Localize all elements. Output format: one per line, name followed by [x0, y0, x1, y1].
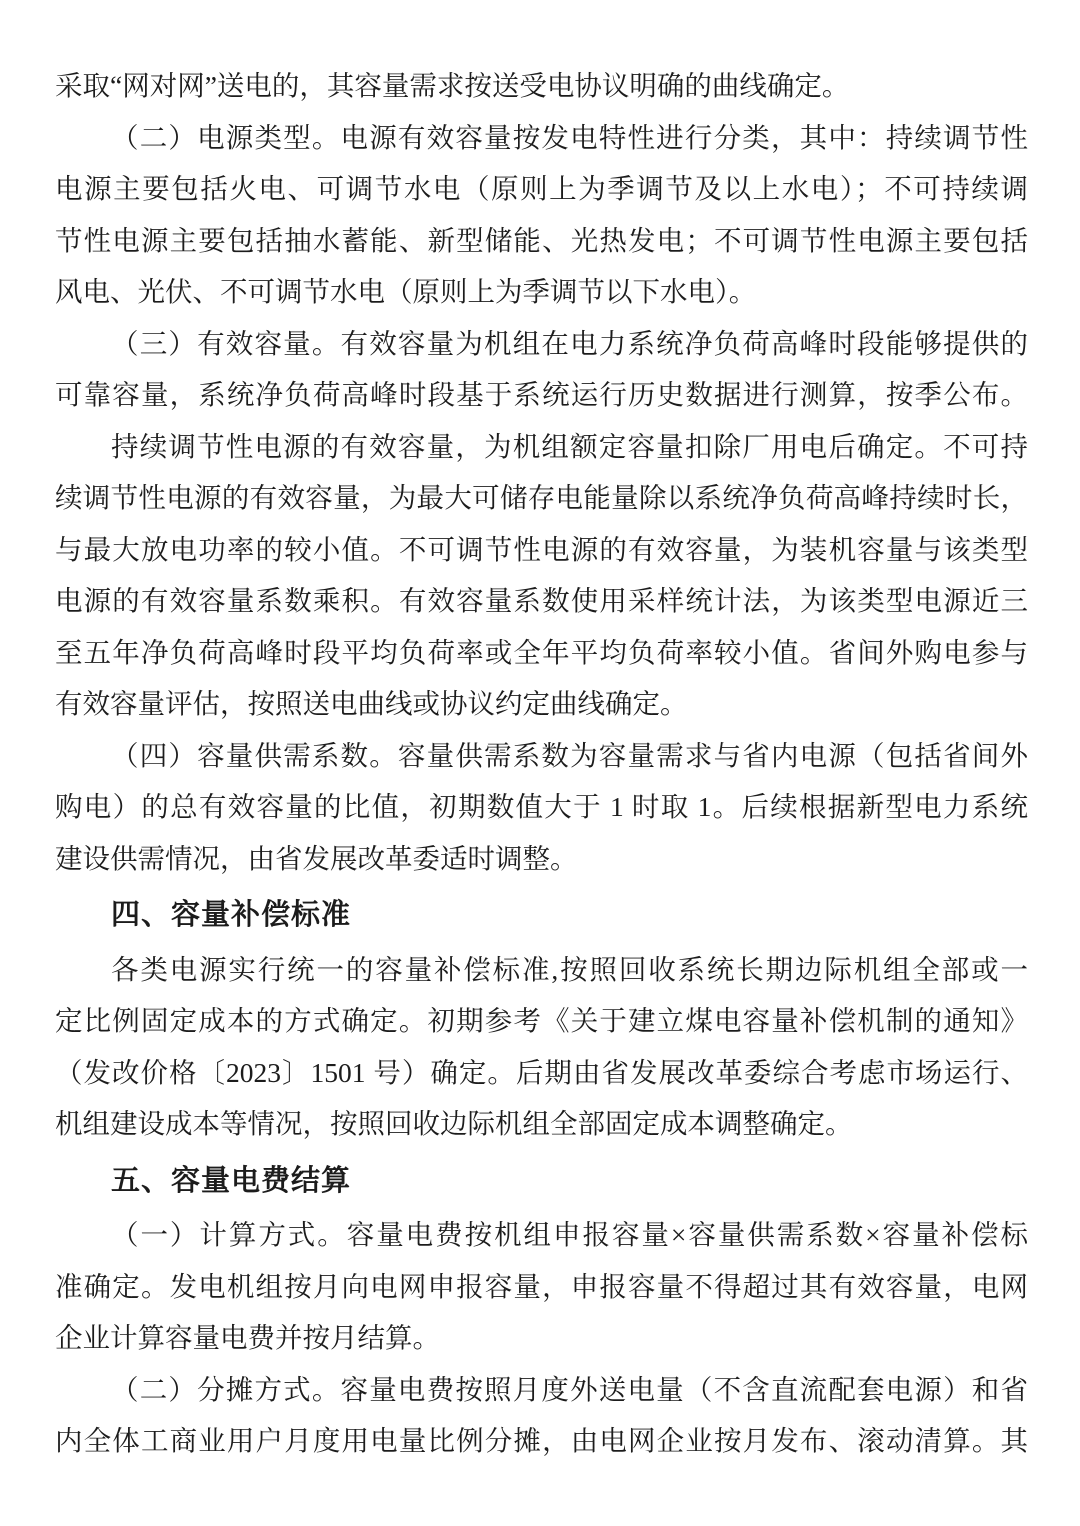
text-line: 持续调节性电源的有效容量，为机组额定容量扣除厂用电后确定。不可持 — [55, 421, 1028, 473]
text-line: （三）有效容量。有效容量为机组在电力系统净负荷高峰时段能够提供的 — [55, 318, 1028, 370]
text-line: （四）容量供需系数。容量供需系数为容量需求与省内电源（包括省间外 — [55, 730, 1028, 782]
text-line: 准确定。发电机组按月向电网申报容量，申报容量不得超过其有效容量，电网 — [55, 1261, 1028, 1313]
text-line: 有效容量评估，按照送电曲线或协议约定曲线确定。 — [55, 678, 1028, 730]
text-line: （一）计算方式。容量电费按机组申报容量×容量供需系数×容量补偿标 — [55, 1209, 1028, 1261]
text-line: 各类电源实行统一的容量补偿标准,按照回收系统长期边际机组全部或一 — [55, 944, 1028, 996]
text-line: 建设供需情况，由省发展改革委适时调整。 — [55, 833, 1028, 885]
text-line: 企业计算容量电费并按月结算。 — [55, 1312, 1028, 1364]
text-line: （二）分摊方式。容量电费按照月度外送电量（不含直流配套电源）和省 — [55, 1364, 1028, 1416]
text-line: 电源的有效容量系数乘积。有效容量系数使用采样统计法，为该类型电源近三 — [55, 575, 1028, 627]
text-line: 与最大放电功率的较小值。不可调节性电源的有效容量，为装机容量与该类型 — [55, 524, 1028, 576]
text-line: 采取“网对网”送电的，其容量需求按送受电协议明确的曲线确定。 — [55, 60, 1028, 112]
document-body: 采取“网对网”送电的，其容量需求按送受电协议明确的曲线确定。（二）电源类型。电源… — [55, 60, 1028, 1467]
section-heading: 四、容量补偿标准 — [55, 890, 1028, 942]
text-line: 定比例固定成本的方式确定。初期参考《关于建立煤电容量补偿机制的通知》 — [55, 995, 1028, 1047]
section-heading: 五、容量电费结算 — [55, 1156, 1028, 1208]
text-line: 节性电源主要包括抽水蓄能、新型储能、光热发电；不可调节性电源主要包括 — [55, 215, 1028, 267]
text-line: 购电）的总有效容量的比值，初期数值大于 1 时取 1。后续根据新型电力系统 — [55, 781, 1028, 833]
text-line: 风电、光伏、不可调节水电（原则上为季调节以下水电）。 — [55, 266, 1028, 318]
text-line: （二）电源类型。电源有效容量按发电特性进行分类，其中：持续调节性 — [55, 112, 1028, 164]
text-line: 内全体工商业用户月度用电量比例分摊，由电网企业按月发布、滚动清算。其 — [55, 1415, 1028, 1467]
text-line: 机组建设成本等情况，按照回收边际机组全部固定成本调整确定。 — [55, 1098, 1028, 1150]
text-line: 电源主要包括火电、可调节水电（原则上为季调节及以上水电）；不可持续调 — [55, 163, 1028, 215]
text-line: 至五年净负荷高峰时段平均负荷率或全年平均负荷率较小值。省间外购电参与 — [55, 627, 1028, 679]
text-line: 续调节性电源的有效容量，为最大可储存电能量除以系统净负荷高峰持续时长， — [55, 472, 1028, 524]
document-page: 采取“网对网”送电的，其容量需求按送受电协议明确的曲线确定。（二）电源类型。电源… — [0, 0, 1080, 1526]
text-line: （发改价格〔2023〕1501 号）确定。后期由省发展改革委综合考虑市场运行、 — [55, 1047, 1028, 1099]
text-line: 可靠容量，系统净负荷高峰时段基于系统运行历史数据进行测算，按季公布。 — [55, 369, 1028, 421]
